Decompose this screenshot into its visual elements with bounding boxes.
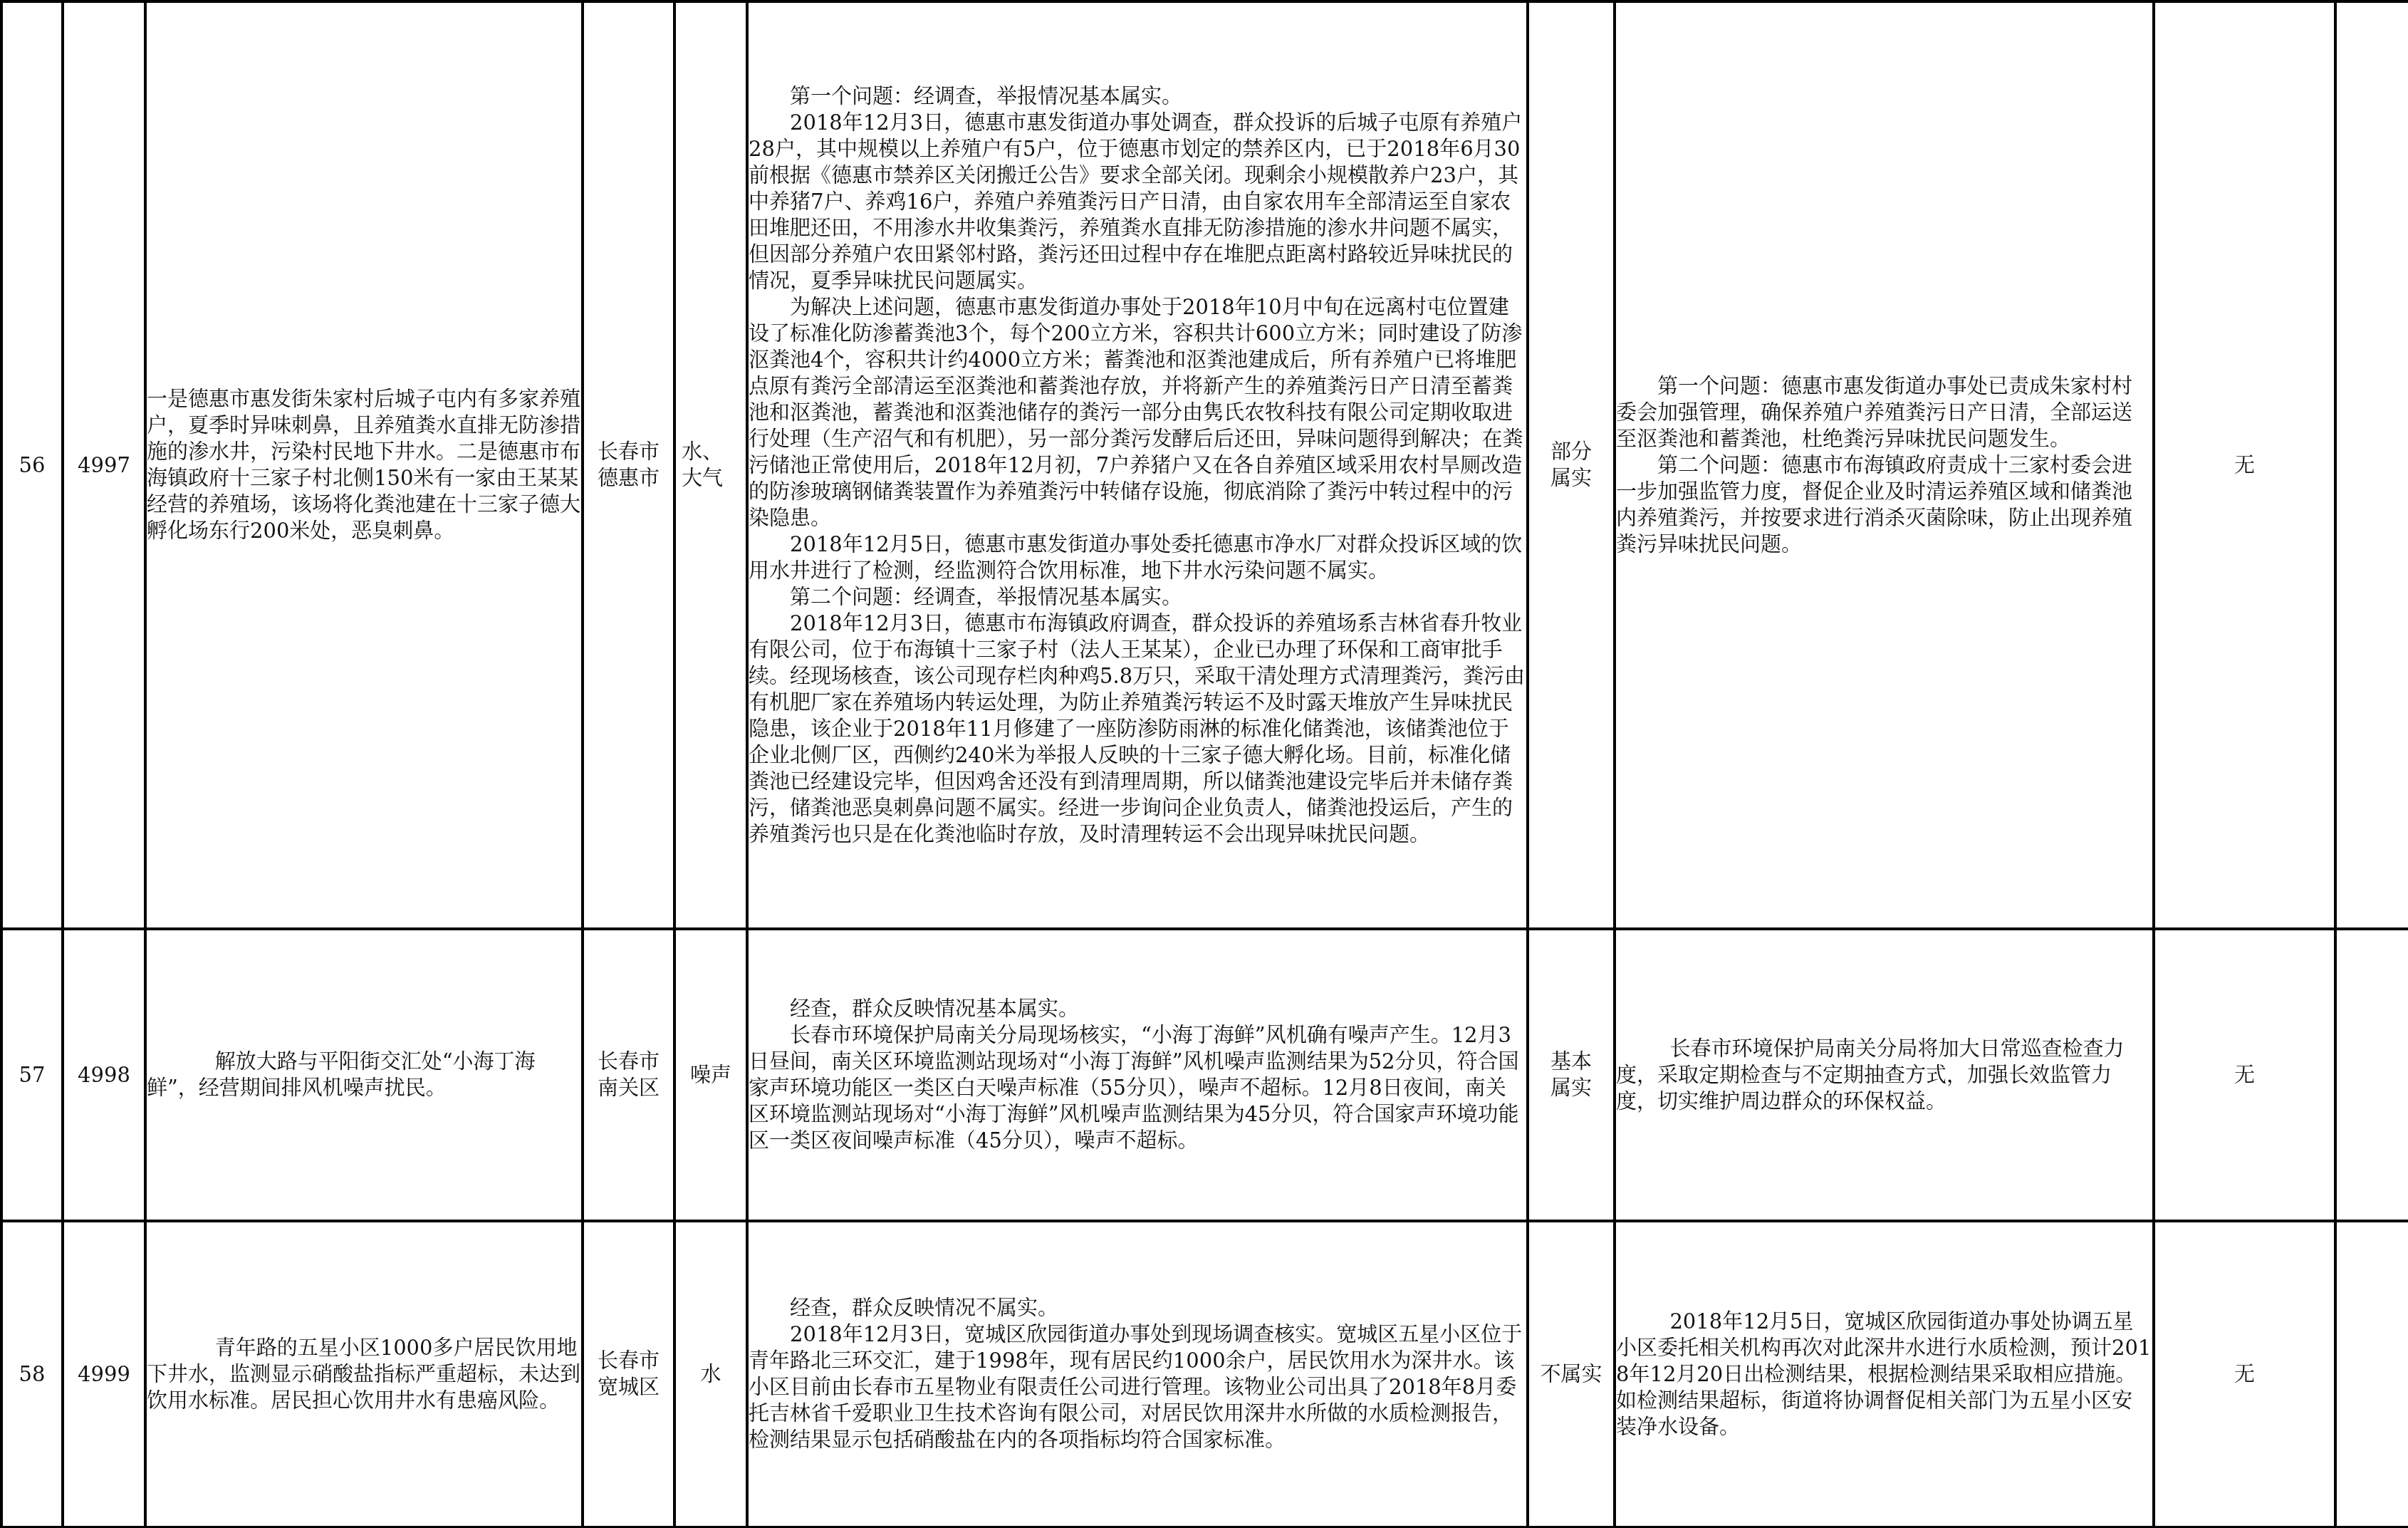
investigation-paragraph: 长春市环境保护局南关分局现场核实，“小海丁海鲜”风机确有噪声产生。12月3日昼间…: [749, 1022, 1526, 1154]
region-cell: 长春市 宽城区: [583, 1221, 674, 1527]
table-row: 57 4998 解放大路与平阳街交汇处“小海丁海鲜”，经营期间排风机噪声扰民。 …: [1, 929, 2408, 1221]
case-id-cell: 4999: [63, 1221, 145, 1527]
table-row: 56 4997 一是德惠市惠发街朱家村后城子屯内有多家养殖户，夏季时异味刺鼻，且…: [1, 1, 2408, 929]
complaint-text: 青年路的五星小区1000多户居民饮用地下井水，监测显示硝酸盐指标严重超标，未达到…: [147, 1335, 581, 1414]
investigation-paragraph: 2018年12月3日，德惠市布海镇政府调查，群众投诉的养殖场系吉林省春升牧业有限…: [749, 610, 1526, 848]
rectification-cell: 第一个问题：德惠市惠发街道办事处已责成朱家村村委会加强管理，确保养殖户养殖粪污日…: [1615, 1, 2154, 929]
region-district: 德惠市: [584, 465, 673, 492]
accountability-cell: 无: [2154, 929, 2335, 1221]
complaint-cell: 青年路的五星小区1000多户居民饮用地下井水，监测显示硝酸盐指标严重超标，未达到…: [145, 1221, 583, 1527]
complaint-text: 一是德惠市惠发街朱家村后城子屯内有多家养殖户，夏季时异味刺鼻，且养殖粪水直排无防…: [147, 386, 581, 544]
rectification-paragraph: 长春市环境保护局南关分局将加大日常巡查检查力度，采取定期检查与不定期抽查方式，加…: [1616, 1036, 2152, 1115]
investigation-paragraph: 第二个问题：经调查，举报情况基本属实。: [749, 584, 1526, 610]
complaint-cell: 解放大路与平阳街交汇处“小海丁海鲜”，经营期间排风机噪声扰民。: [145, 929, 583, 1221]
pollution-type-cell: 水、 大气: [674, 1, 747, 929]
region-cell: 长春市 南关区: [583, 929, 674, 1221]
investigation-paragraph: 2018年12月3日，德惠市惠发街道办事处调查，群众投诉的后城子屯原有养殖户28…: [749, 110, 1526, 294]
region-city: 长春市: [584, 439, 673, 465]
investigation-paragraph: 2018年12月3日，宽城区欣园街道办事处到现场调查核实。宽城区五星小区位于青年…: [749, 1321, 1526, 1453]
pollution-type-line: 水、: [682, 439, 746, 465]
investigation-cell: 经查，群众反映情况不属实。 2018年12月3日，宽城区欣园街道办事处到现场调查…: [747, 1221, 1528, 1527]
verdict-line: 部分: [1529, 439, 1613, 465]
pollution-type-cell: 噪声: [674, 929, 747, 1221]
investigation-cell: 第一个问题：经调查，举报情况基本属实。 2018年12月3日，德惠市惠发街道办事…: [747, 1, 1528, 929]
complaint-handling-table: 56 4997 一是德惠市惠发街朱家村后城子屯内有多家养殖户，夏季时异味刺鼻，且…: [0, 0, 2408, 1528]
complaint-cell: 一是德惠市惠发街朱家村后城子屯内有多家养殖户，夏季时异味刺鼻，且养殖粪水直排无防…: [145, 1, 583, 929]
rectification-paragraph: 第二个问题：德惠市布海镇政府责成十三家村委会进一步加强监管力度，督促企业及时清运…: [1616, 452, 2152, 558]
remarks-cell: [2335, 1221, 2408, 1527]
investigation-cell: 经查，群众反映情况基本属实。 长春市环境保护局南关分局现场核实，“小海丁海鲜”风…: [747, 929, 1528, 1221]
rectification-paragraph: 第一个问题：德惠市惠发街道办事处已责成朱家村村委会加强管理，确保养殖户养殖粪污日…: [1616, 373, 2152, 452]
verdict-line: 基本: [1529, 1049, 1613, 1075]
rectification-paragraph: 2018年12月5日，宽城区欣园街道办事处协调五星小区委托相关机构再次对此深井水…: [1616, 1309, 2152, 1440]
case-id-cell: 4997: [63, 1, 145, 929]
verdict-line: 属实: [1529, 465, 1613, 492]
rectification-cell: 长春市环境保护局南关分局将加大日常巡查检查力度，采取定期检查与不定期抽查方式，加…: [1615, 929, 2154, 1221]
region-district: 南关区: [584, 1075, 673, 1101]
region-city: 长春市: [584, 1348, 673, 1374]
case-id-cell: 4998: [63, 929, 145, 1221]
investigation-paragraph: 第一个问题：经调查，举报情况基本属实。: [749, 83, 1526, 110]
region-district: 宽城区: [584, 1374, 673, 1400]
verdict-cell: 基本 属实: [1528, 929, 1615, 1221]
seq-cell: 57: [1, 929, 63, 1221]
verdict-cell: 不属实: [1528, 1221, 1615, 1527]
accountability-cell: 无: [2154, 1221, 2335, 1527]
remarks-cell: [2335, 929, 2408, 1221]
investigation-paragraph: 经查，群众反映情况基本属实。: [749, 996, 1526, 1022]
rectification-cell: 2018年12月5日，宽城区欣园街道办事处协调五星小区委托相关机构再次对此深井水…: [1615, 1221, 2154, 1527]
table-row: 58 4999 青年路的五星小区1000多户居民饮用地下井水，监测显示硝酸盐指标…: [1, 1221, 2408, 1527]
investigation-paragraph: 经查，群众反映情况不属实。: [749, 1295, 1526, 1321]
pollution-type-line: 大气: [682, 465, 746, 492]
seq-cell: 58: [1, 1221, 63, 1527]
investigation-paragraph: 2018年12月5日，德惠市惠发街道办事处委托德惠市净水厂对群众投诉区域的饮用水…: [749, 531, 1526, 584]
remarks-cell: [2335, 1, 2408, 929]
pollution-type-cell: 水: [674, 1221, 747, 1527]
complaint-text: 解放大路与平阳街交汇处“小海丁海鲜”，经营期间排风机噪声扰民。: [147, 1049, 581, 1101]
seq-cell: 56: [1, 1, 63, 929]
verdict-cell: 部分 属实: [1528, 1, 1615, 929]
accountability-cell: 无: [2154, 1, 2335, 929]
investigation-paragraph: 为解决上述问题，德惠市惠发街道办事处于2018年10月中旬在远离村屯位置建设了标…: [749, 294, 1526, 531]
verdict-line: 属实: [1529, 1075, 1613, 1101]
region-cell: 长春市 德惠市: [583, 1, 674, 929]
region-city: 长春市: [584, 1049, 673, 1075]
